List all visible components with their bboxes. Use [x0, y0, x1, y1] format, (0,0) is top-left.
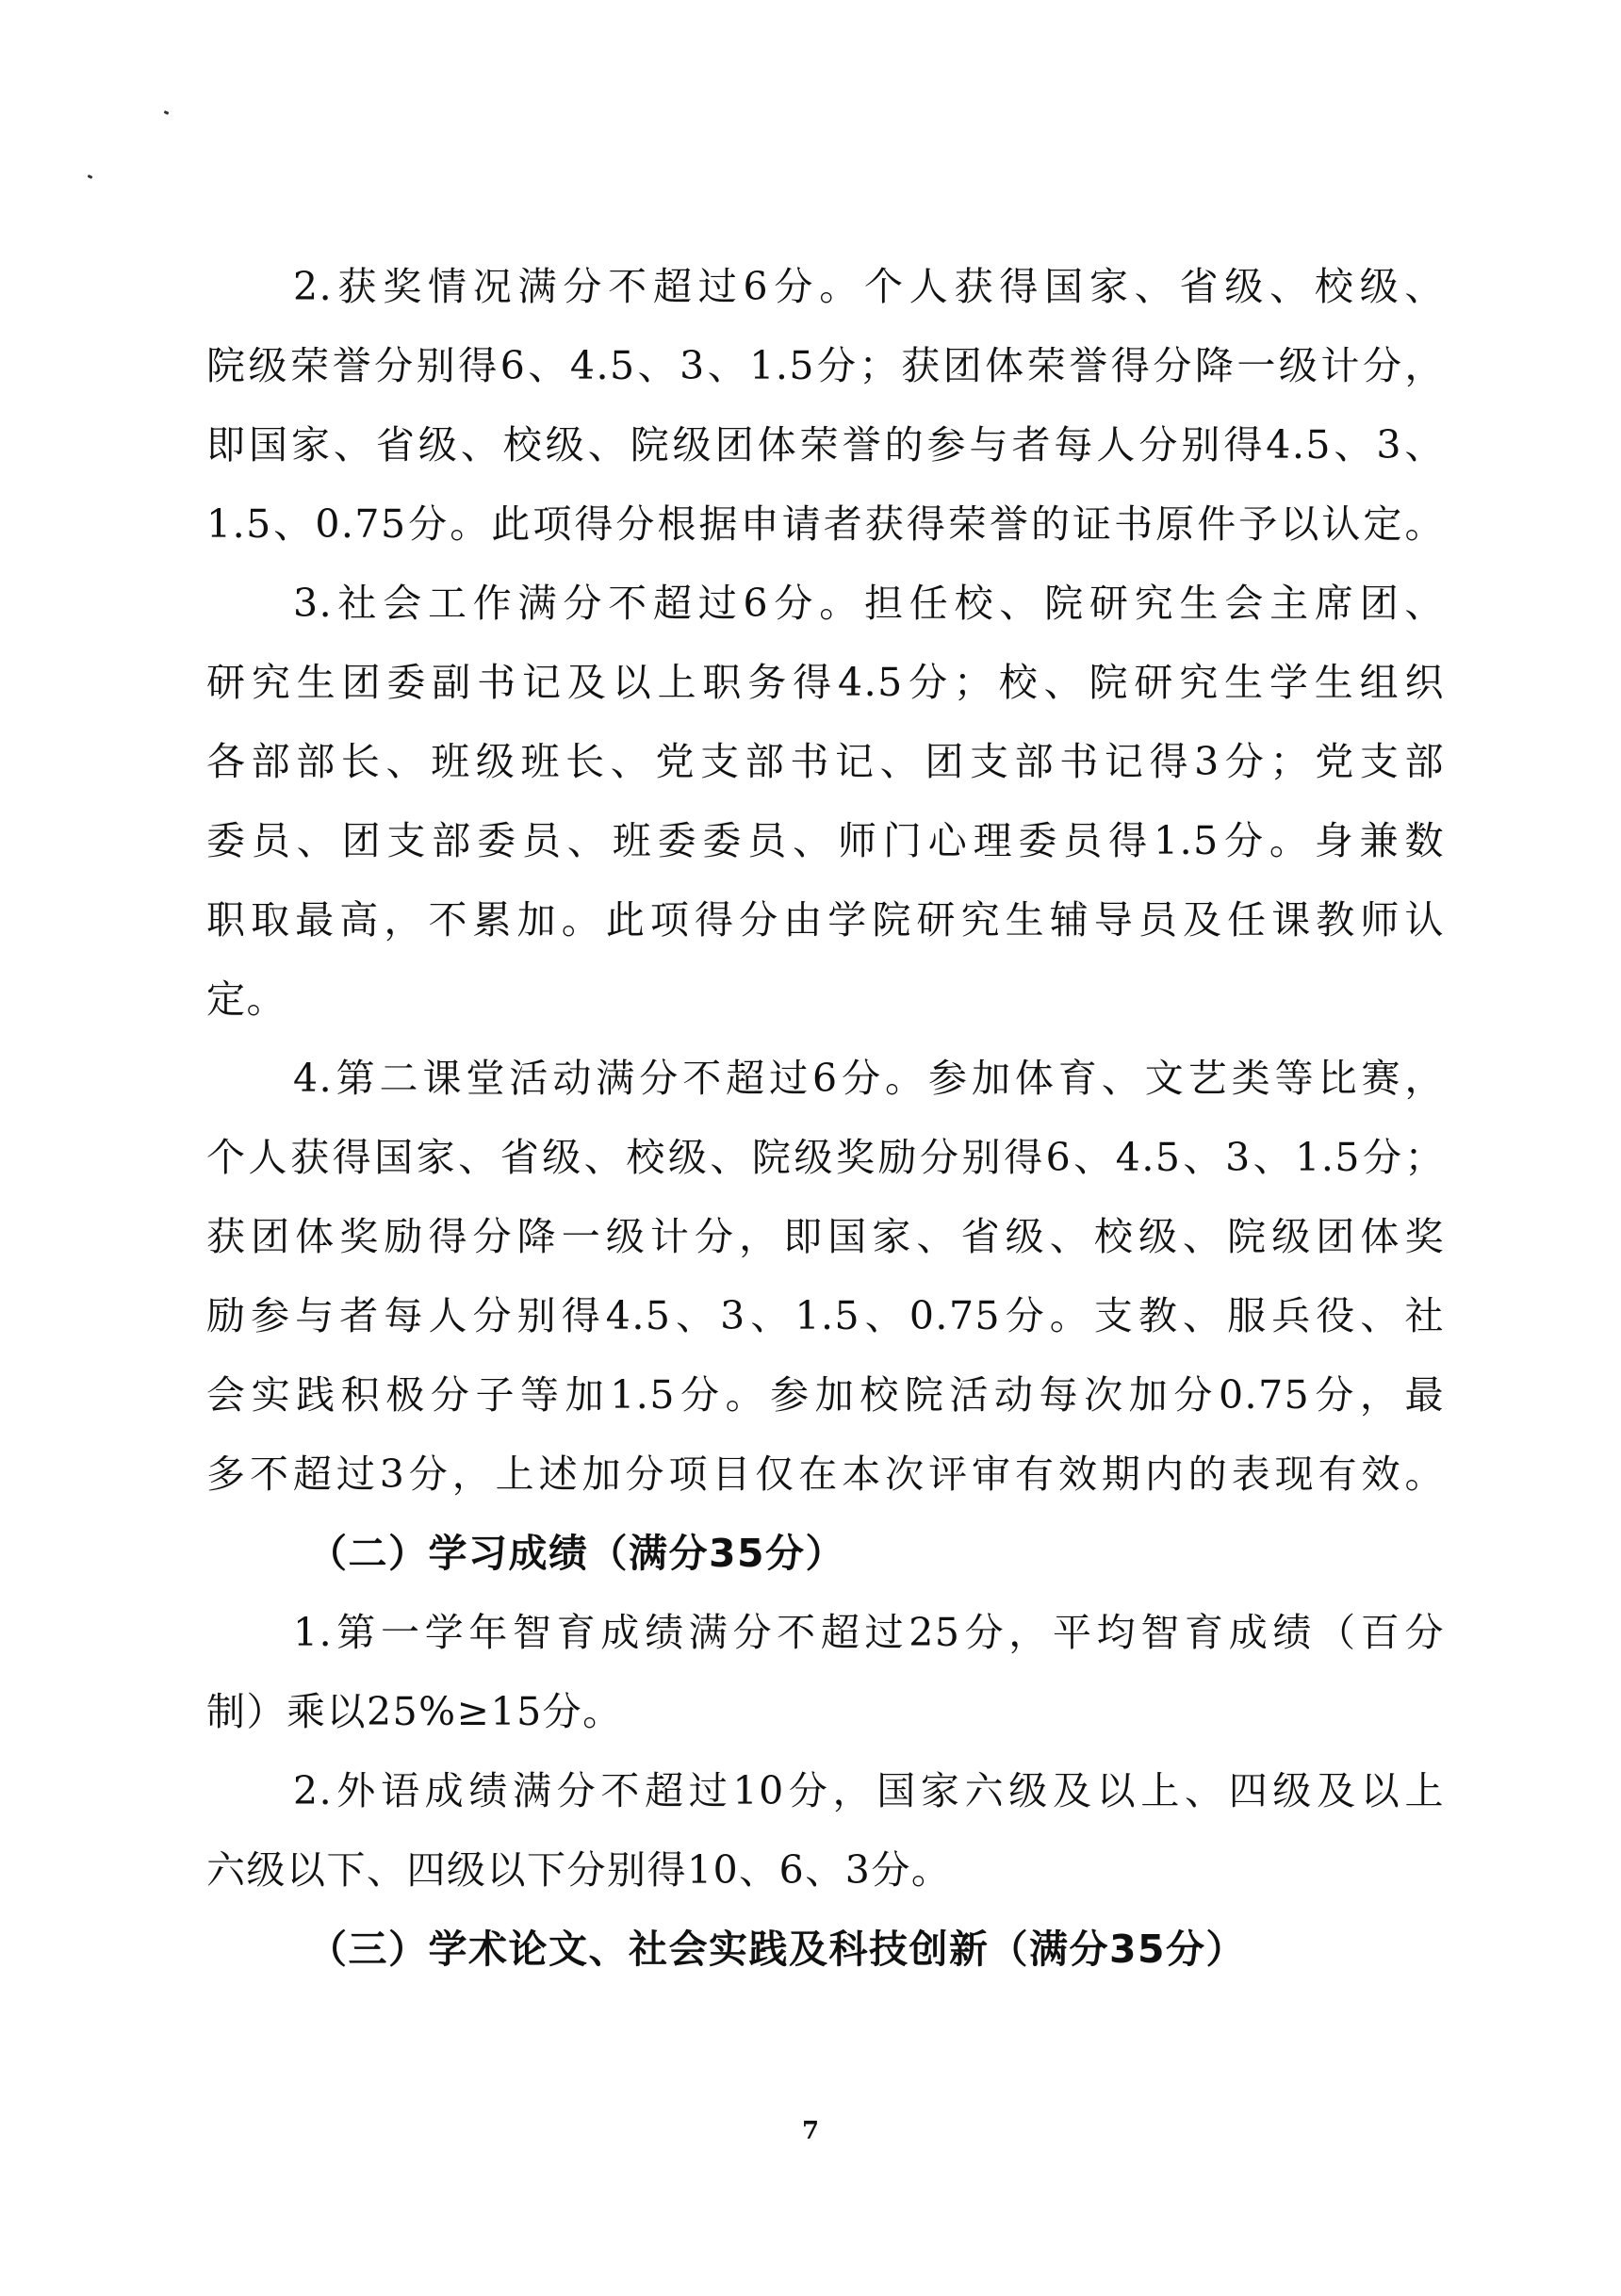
paragraph-second-classroom-line: 获团体奖励得分降一级计分，即国家、省级、校级、院级团体奖	[206, 1197, 1445, 1276]
paragraph-awards-line: 2.获奖情况满分不超过6分。个人获得国家、省级、校级、	[206, 247, 1445, 326]
paragraph-second-classroom-line: 4.第二课堂活动满分不超过6分。参加体育、文艺类等比赛，	[206, 1039, 1445, 1118]
section-heading-research-practice: （三）学术论文、社会实践及科技创新（满分35分）	[206, 1910, 1445, 1989]
paragraph-second-classroom-line: 多不超过3分，上述加分项目仅在本次评审有效期内的表现有效。	[206, 1435, 1445, 1514]
paragraph-second-classroom-line: 个人获得国家、省级、校级、院级奖励分别得6、4.5、3、1.5分；	[206, 1118, 1445, 1197]
section-heading-academic-grades: （二）学习成绩（满分35分）	[206, 1514, 1445, 1593]
paragraph-awards-line: 即国家、省级、校级、院级团体荣誉的参与者每人分别得4.5、3、	[206, 405, 1445, 484]
paragraph-awards-line: 院级荣誉分别得6、4.5、3、1.5分；获团体荣誉得分降一级计分，	[206, 326, 1445, 405]
scan-speck	[88, 174, 93, 179]
paragraph-language-line: 六级以下、四级以下分别得10、6、3分。	[206, 1830, 1445, 1910]
scan-speck	[164, 110, 170, 115]
page-number: 7	[0, 2117, 1621, 2145]
paragraph-social-work-line: 委员、团支部委员、班委委员、师门心理委员得1.5分。身兼数	[206, 801, 1445, 880]
paragraph-grades-line: 制）乘以25%≥15分。	[206, 1672, 1445, 1751]
paragraph-social-work-line: 3.社会工作满分不超过6分。担任校、院研究生会主席团、	[206, 564, 1445, 643]
paragraph-social-work-line: 研究生团委副书记及以上职务得4.5分；校、院研究生学生组织	[206, 643, 1445, 722]
paragraph-social-work-line: 职取最高，不累加。此项得分由学院研究生辅导员及任课教师认	[206, 880, 1445, 959]
document-page: 2.获奖情况满分不超过6分。个人获得国家、省级、校级、 院级荣誉分别得6、4.5…	[0, 0, 1621, 2296]
paragraph-second-classroom-line: 励参与者每人分别得4.5、3、1.5、0.75分。支教、服兵役、社	[206, 1276, 1445, 1355]
paragraph-social-work-line: 定。	[206, 959, 1445, 1039]
document-body: 2.获奖情况满分不超过6分。个人获得国家、省级、校级、 院级荣誉分别得6、4.5…	[206, 247, 1445, 1989]
paragraph-awards-line: 1.5、0.75分。此项得分根据申请者获得荣誉的证书原件予以认定。	[206, 484, 1445, 564]
paragraph-language-line: 2.外语成绩满分不超过10分，国家六级及以上、四级及以上	[206, 1751, 1445, 1830]
paragraph-social-work-line: 各部部长、班级班长、党支部书记、团支部书记得3分；党支部	[206, 722, 1445, 801]
paragraph-second-classroom-line: 会实践积极分子等加1.5分。参加校院活动每次加分0.75分，最	[206, 1355, 1445, 1435]
paragraph-grades-line: 1.第一学年智育成绩满分不超过25分，平均智育成绩（百分	[206, 1593, 1445, 1672]
